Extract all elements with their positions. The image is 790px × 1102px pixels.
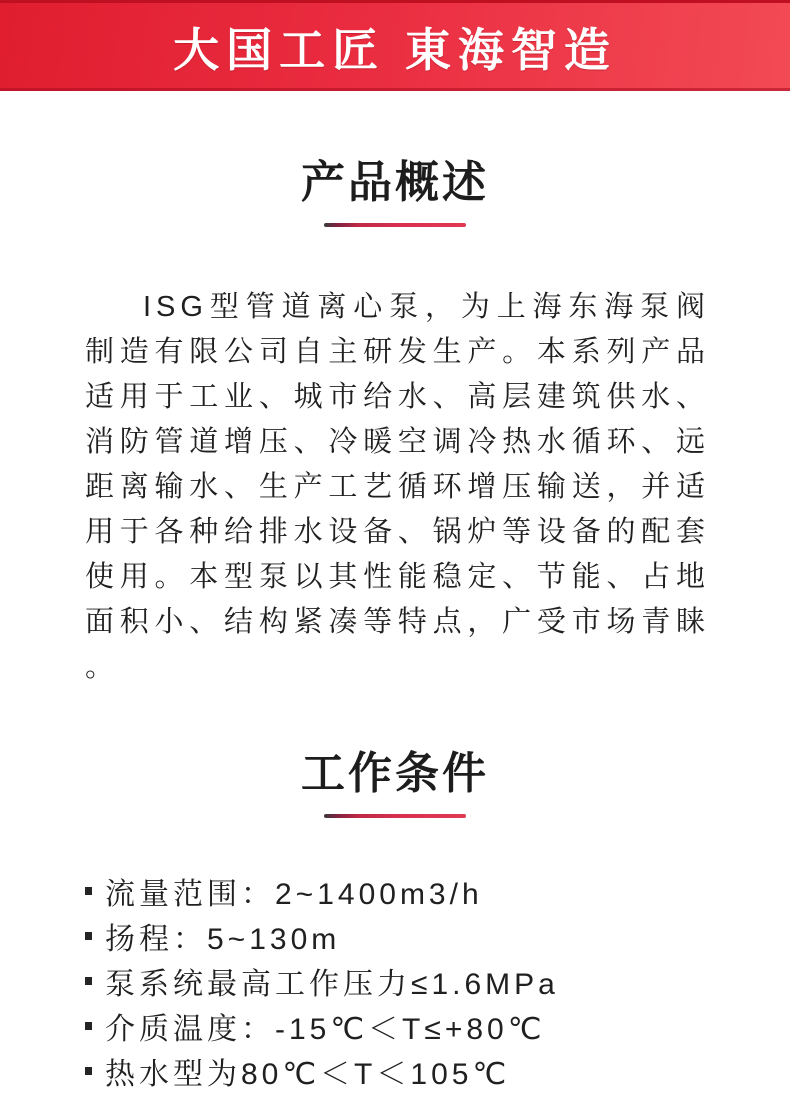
top-banner: 大国工匠 東海智造	[0, 0, 790, 91]
condition-item-head: 扬程：5~130m	[85, 913, 790, 958]
bullet-icon	[85, 932, 92, 940]
bullet-icon	[85, 887, 92, 895]
condition-text: 热水型为80℃＜T＜105℃	[105, 1049, 510, 1093]
bullet-icon	[85, 1022, 92, 1030]
condition-text: 扬程：5~130m	[105, 914, 340, 958]
bullet-icon	[85, 977, 92, 985]
condition-item-hot-water-type: 热水型为80℃＜T＜105℃	[85, 1048, 790, 1093]
banner-title: 大国工匠 東海智造	[173, 14, 617, 80]
condition-text: 泵系统最高工作压力≤1.6MPa	[105, 959, 559, 1003]
condition-text: 流量范围：2~1400m3/h	[105, 869, 483, 913]
content: 产品概述 ISG型管道离心泵，为上海东海泵阀制造有限公司自主研发生产。本系列产品…	[0, 157, 790, 1093]
bullet-icon	[85, 1067, 92, 1075]
condition-text: 介质温度：-15℃＜T≤+80℃	[105, 1004, 545, 1048]
condition-item-max-pressure: 泵系统最高工作压力≤1.6MPa	[85, 958, 790, 1003]
conditions-list: 流量范围：2~1400m3/h 扬程：5~130m 泵系统最高工作压力≤1.6M…	[85, 868, 790, 1093]
condition-item-medium-temperature: 介质温度：-15℃＜T≤+80℃	[85, 1003, 790, 1048]
product-detail-page: 大国工匠 東海智造 产品概述 ISG型管道离心泵，为上海东海泵阀制造有限公司自主…	[0, 0, 790, 1102]
overview-section-title: 产品概述	[0, 157, 790, 209]
condition-item-flow-range: 流量范围：2~1400m3/h	[85, 868, 790, 913]
conditions-section-title: 工作条件	[0, 748, 790, 800]
overview-title-underline	[324, 223, 466, 227]
section-working-conditions: 工作条件 流量范围：2~1400m3/h 扬程：5~130m 泵系统最高工作压力…	[0, 748, 790, 1093]
overview-paragraph: ISG型管道离心泵，为上海东海泵阀制造有限公司自主研发生产。本系列产品适用于工业…	[85, 285, 710, 690]
section-product-overview: 产品概述 ISG型管道离心泵，为上海东海泵阀制造有限公司自主研发生产。本系列产品…	[0, 157, 790, 690]
conditions-title-underline	[324, 814, 466, 818]
